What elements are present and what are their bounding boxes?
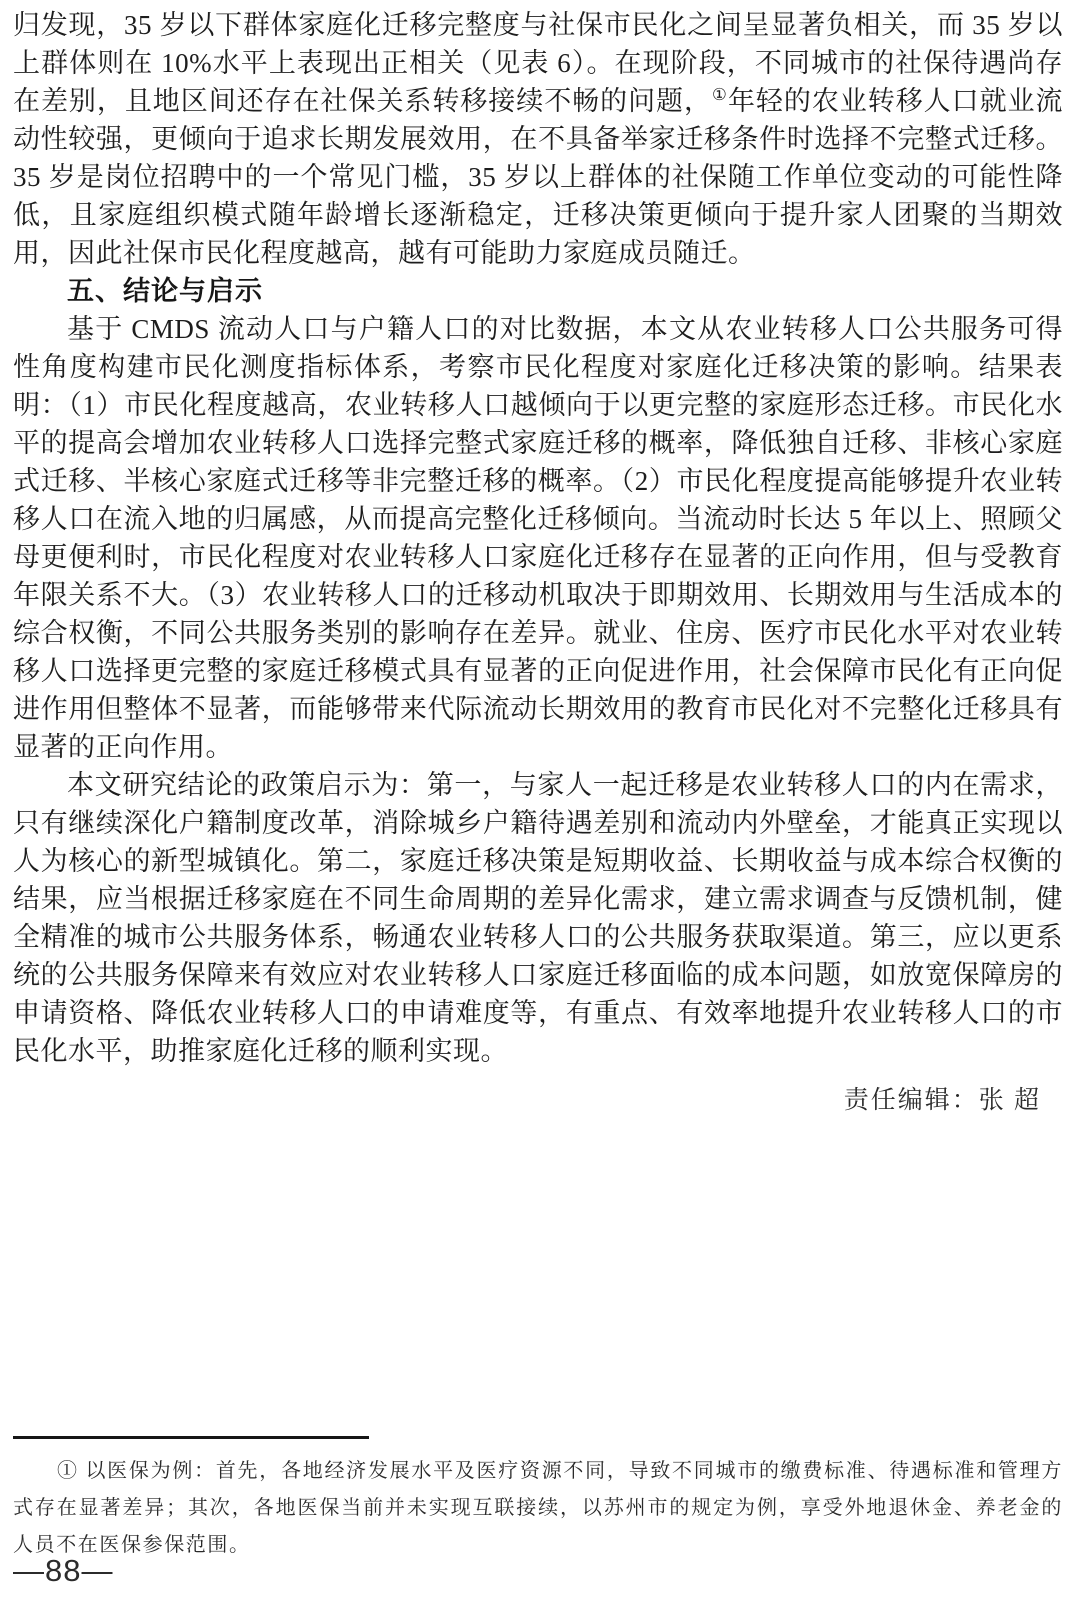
conclusion-paragraph: 基于 CMDS 流动人口与户籍人口的对比数据，本文从农业转移人口公共服务可得性角… [13,310,1063,766]
page-number: —88— [13,1553,113,1589]
footnote-text: 以医保为例：首先，各地经济发展水平及医疗资源不同，导致不同城市的缴费标准、待遇标… [13,1460,1063,1556]
footnote-reference-marker: ① [712,85,728,104]
responsible-editor-line: 责任编辑：张 超 [13,1084,1063,1118]
section-heading-conclusion: 五、结论与启示 [13,272,1063,310]
continuation-paragraph: 归发现，35 岁以下群体家庭化迁移完整度与社保市民化之间呈显著负相关，而 35 … [13,6,1063,272]
footnote-section: ① 以医保为例：首先，各地经济发展水平及医疗资源不同，导致不同城市的缴费标准、待… [13,1436,1063,1564]
article-body: 归发现，35 岁以下群体家庭化迁移完整度与社保市民化之间呈显著负相关，而 35 … [13,6,1063,1118]
policy-implications-paragraph: 本文研究结论的政策启示为：第一，与家人一起迁移是农业转移人口的内在需求，只有继续… [13,766,1063,1070]
footnote-marker: ① [57,1460,79,1482]
footnote-separator-rule [13,1436,369,1439]
footnote: ① 以医保为例：首先，各地经济发展水平及医疗资源不同，导致不同城市的缴费标准、待… [13,1453,1063,1564]
